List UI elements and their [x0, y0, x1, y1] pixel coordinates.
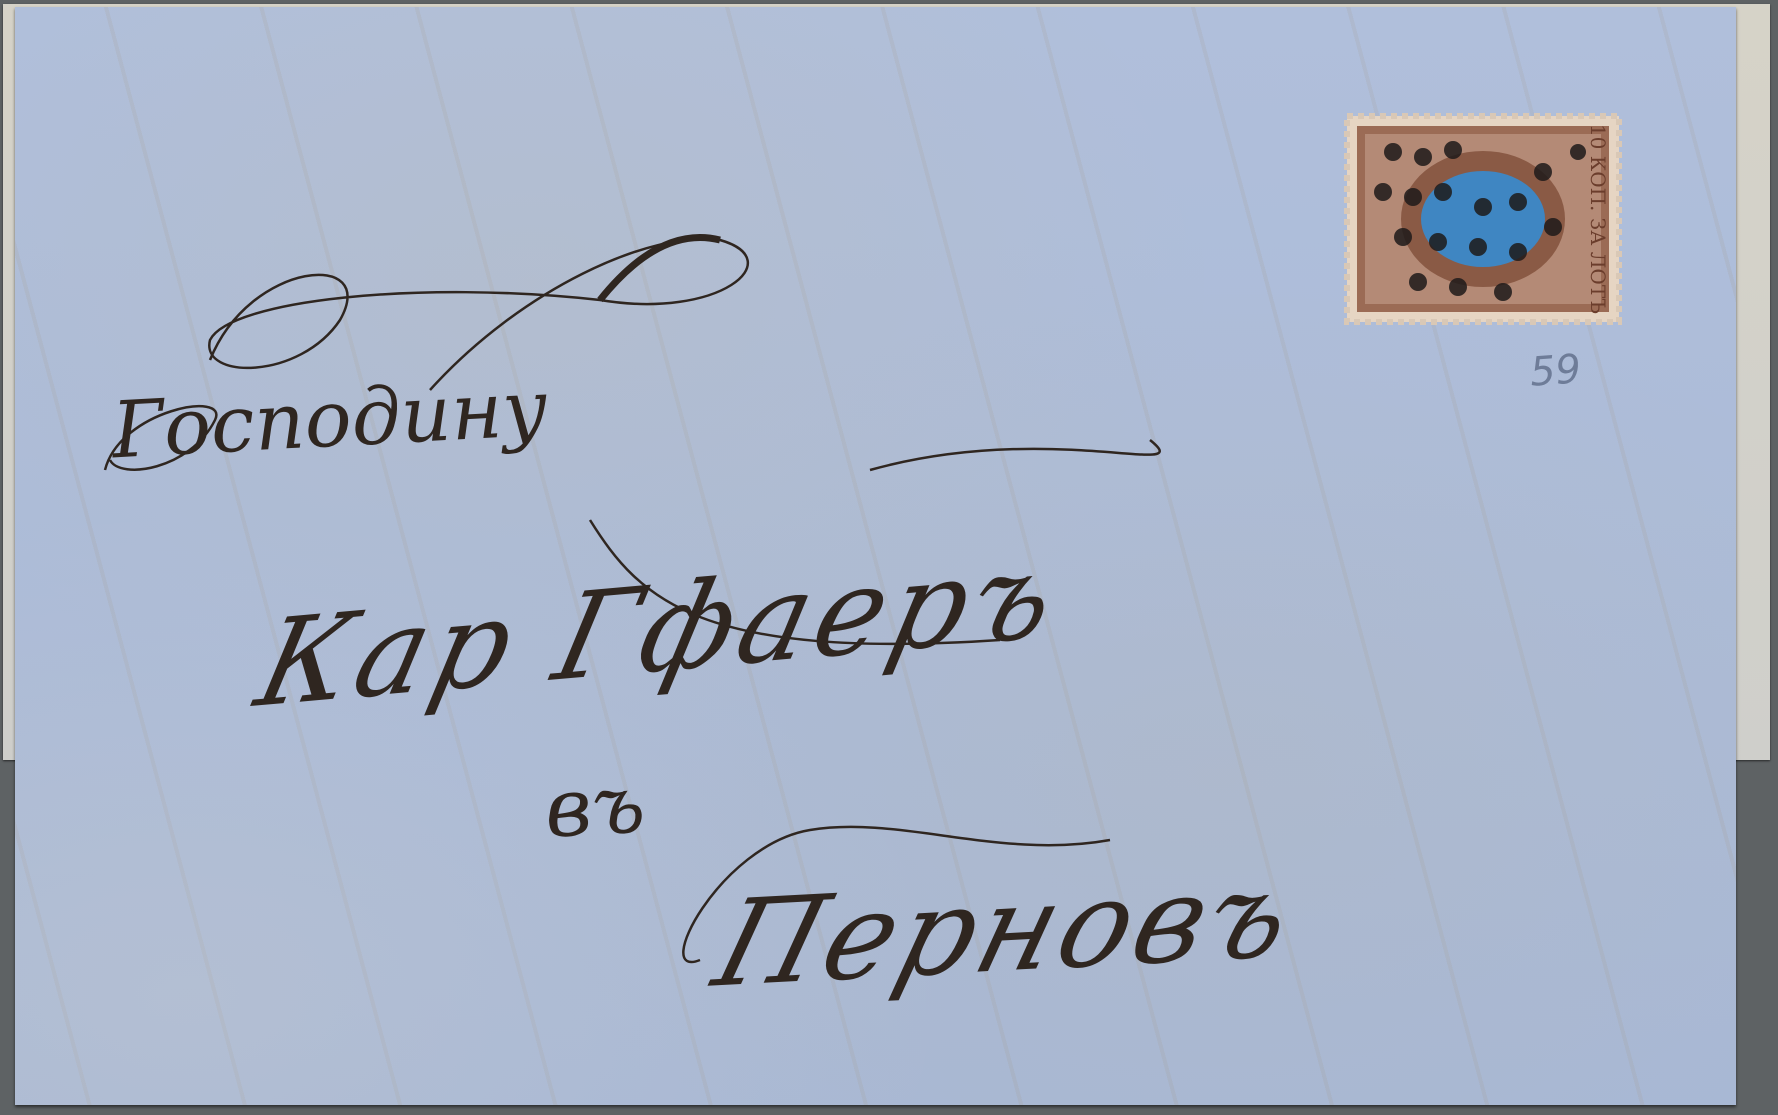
postage-stamp: 10 КОП. ЗА ЛОТЪ	[1343, 112, 1623, 326]
svg-text:10 КОП. ЗА ЛОТЪ: 10 КОП. ЗА ЛОТЪ	[1586, 124, 1610, 314]
address-line-preposition: въ	[543, 757, 648, 855]
pencil-notation: 59	[1528, 346, 1582, 395]
